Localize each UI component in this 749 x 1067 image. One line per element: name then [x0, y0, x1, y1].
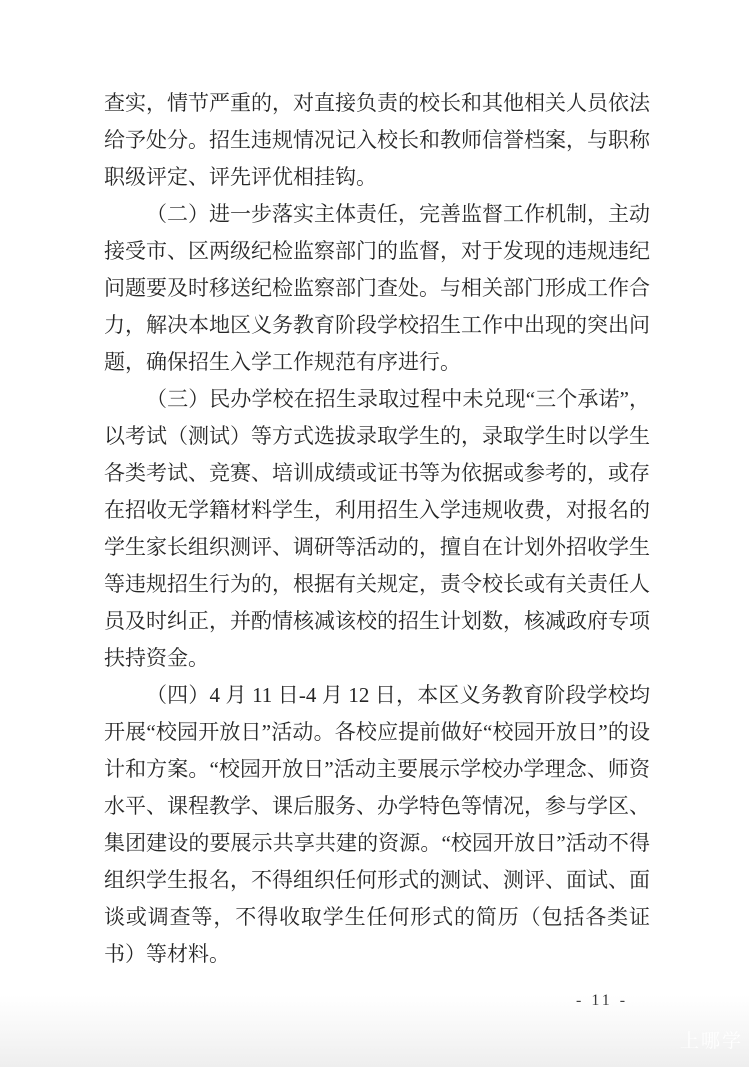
- page-number: - 11 -: [576, 991, 628, 1011]
- document-page: 查实，情节严重的，对直接负责的校长和其他相关人员依法给予处分。招生违规情况记入校…: [0, 0, 749, 1067]
- document-body: 查实，情节严重的，对直接负责的校长和其他相关人员依法给予处分。招生违规情况记入校…: [104, 85, 650, 973]
- body-paragraph-item-2: （二）进一步落实主体责任，完善监督工作机制，主动接受市、区两级纪检监察部门的监督…: [104, 196, 650, 381]
- body-paragraph-continuation: 查实，情节严重的，对直接负责的校长和其他相关人员依法给予处分。招生违规情况记入校…: [104, 85, 650, 196]
- body-paragraph-item-3: （三）民办学校在招生录取过程中未兑现“三个承诺”，以考试（测试）等方式选拔录取学…: [104, 381, 650, 677]
- body-paragraph-item-4: （四）4 月 11 日-4 月 12 日，本区义务教育阶段学校均开展“校园开放日…: [104, 677, 650, 973]
- page-bottom-shadow: [0, 995, 749, 1067]
- watermark-text: 上哪学: [680, 1031, 743, 1053]
